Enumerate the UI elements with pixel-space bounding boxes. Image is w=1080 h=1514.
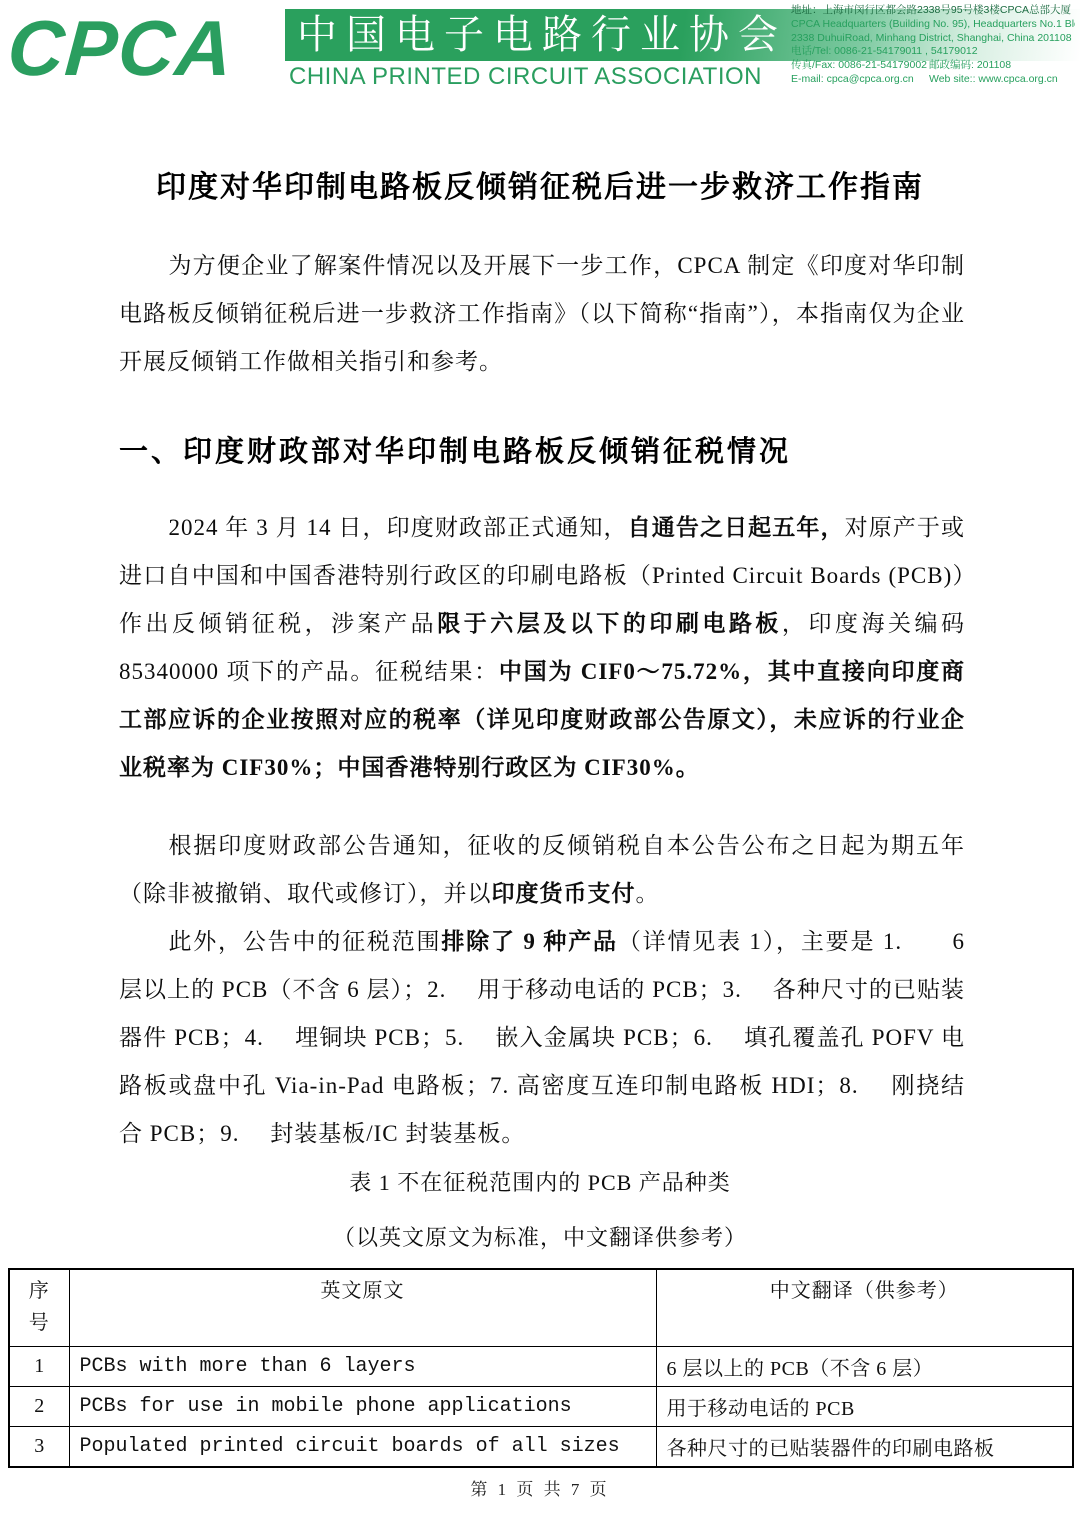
text-run: 。 [636,881,660,906]
table-row-2: 2 PCBs for use in mobile phone applicati… [9,1387,1073,1427]
intro-text: 为方便企业了解案件情况以及开展下一步工作，CPCA 制定《印度对华印制电路板反倾… [119,253,965,374]
paragraph-exclusions: 此外，公告中的征税范围排除了 9 种产品（详情见表 1），主要是 1. 6 层以… [119,918,965,1158]
contact-address-en-1: CPCA Headquarters (Building No. 95), Hea… [791,18,1075,32]
text-run: 此外，公告中的征税范围 [168,929,441,954]
row-1-chinese: 6 层以上的 PCB（不含 6 层） [656,1347,1073,1387]
row-2-english: PCBs for use in mobile phone application… [69,1387,656,1427]
row-2-no: 2 [9,1387,69,1427]
col-header-english: 英文原文 [69,1269,656,1347]
contact-block: 地址：上海市闵行区都会路2338号95号楼3楼CPCA总部大厦 CPCA Hea… [791,4,1075,87]
cpca-logo: CPCA [5,6,236,90]
row-3-no: 3 [9,1427,69,1468]
contact-fax-postal-row: 传真/Fax: 0086-21-54179002 邮政编码: 201108 [791,59,1075,73]
contact-website: Web site:: www.cpca.org.cn [929,73,1058,87]
bold-run-duty-period: 自通告之日起五年， [628,515,845,540]
contact-email: E-mail: cpca@cpca.org.cn [791,73,929,87]
paragraph-tax-ruling: 2024 年 3 月 14 日，印度财政部正式通知，自通告之日起五年，对原产于或… [119,504,965,792]
org-name-en: CHINA PRINTED CIRCUIT ASSOCIATION [289,63,762,91]
table-row-3: 3 Populated printed circuit boards of al… [9,1427,1073,1468]
table-header-row: 序号 英文原文 中文翻译（供参考） [9,1269,1073,1347]
row-2-chinese: 用于移动电话的 PCB [656,1387,1073,1427]
row-1-english: PCBs with more than 6 layers [69,1347,656,1387]
document-title: 印度对华印制电路板反倾销征税后进一步救济工作指南 [0,162,1080,206]
page-number: 第 1 页 共 7 页 [0,1475,1080,1500]
bold-run-excluded-count: 排除了 9 种产品 [441,929,617,954]
table-caption: 表 1 不在征税范围内的 PCB 产品种类 [0,1166,1080,1197]
col-header-no-label: 序号 [28,1275,51,1339]
row-1-no: 1 [9,1347,69,1387]
col-header-chinese: 中文翻译（供参考） [656,1269,1073,1347]
exclusions-table: 序号 英文原文 中文翻译（供参考） 1 PCBs with more than … [8,1268,1074,1468]
document-body: 印度对华印制电路板反倾销征税后进一步救济工作指南 为方便企业了解案件情况以及开展… [0,98,1080,1468]
table-note: （以英文原文为标准，中文翻译供参考） [0,1221,1080,1252]
row-3-chinese: 各种尺寸的已贴装器件的印刷电路板 [656,1427,1073,1468]
contact-fax: 传真/Fax: 0086-21-54179002 [791,59,929,73]
text-run: （详情见表 1），主要是 1. 6 层以上的 PCB（不含 6 层）；2. 用于… [119,929,965,1146]
intro-paragraph: 为方便企业了解案件情况以及开展下一步工作，CPCA 制定《印度对华印制电路板反倾… [119,242,965,386]
row-3-english: Populated printed circuit boards of all … [69,1427,656,1468]
paragraph-duration: 根据印度财政部公告通知，征收的反倾销税自本公告公布之日起为期五年（除非被撤销、取… [119,822,965,918]
document-page: CPCA 中国电子电路行业协会 CHINA PRINTED CIRCUIT AS… [0,0,1080,1514]
contact-email-web-row: E-mail: cpca@cpca.org.cn Web site:: www.… [791,73,1075,87]
bold-run-currency: 印度货币支付 [492,881,636,906]
text-run: 2024 年 3 月 14 日，印度财政部正式通知， [168,515,627,540]
contact-address-en-2: 2338 DuhuiRoad, Minhang District, Shangh… [791,32,1075,46]
contact-postal-code: 邮政编码: 201108 [929,59,1011,73]
section-1-heading: 一、印度财政部对华印制电路板反倾销征税情况 [119,432,1080,472]
table-row-1: 1 PCBs with more than 6 layers 6 层以上的 PC… [9,1347,1073,1387]
contact-address-cn: 地址：上海市闵行区都会路2338号95号楼3楼CPCA总部大厦 [791,4,1075,18]
letterhead: CPCA 中国电子电路行业协会 CHINA PRINTED CIRCUIT AS… [0,6,1080,98]
bold-run-scope: 限于六层及以下的印刷电路板 [437,611,782,636]
contact-tel: 电话/Tel: 0086-21-54179011 , 54179012 [791,45,1075,59]
col-header-no: 序号 [9,1269,69,1347]
